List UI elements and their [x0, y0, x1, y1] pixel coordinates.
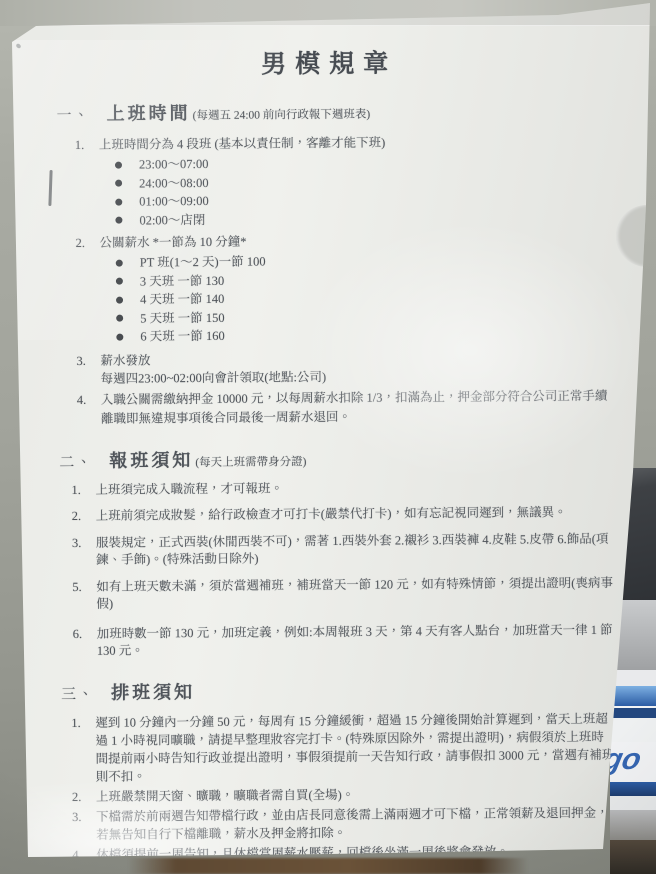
item-text: 加班時數一節 130 元，加班定義，例如:本周報班 3 天，第 4 天有客人點台…: [97, 621, 615, 660]
item-number: 3.: [76, 351, 100, 369]
document-sheet: 男模規章 一、 上班時間 (每週五 24:00 前向行政報下週班表) 1. 上班…: [0, 0, 656, 874]
list-item: 1. 遲到 10 分鐘內一分鐘 50 元，每周有 15 分鐘緩衝，超過 15 分…: [53, 709, 616, 785]
bottle-body: [610, 796, 656, 810]
item-number: 1.: [71, 481, 95, 499]
item-text: 遲到 10 分鐘內一分鐘 50 元，每周有 15 分鐘緩衝，超過 15 分鐘後開…: [95, 709, 616, 785]
bottle-base: [610, 810, 656, 840]
bottle-navy-stripe: [610, 782, 656, 796]
item-number: 4.: [77, 390, 101, 429]
section-heading-row: 三、 排班須知: [53, 674, 615, 704]
list-item: 1. 上班須完成入職流程，才可報班。: [51, 477, 613, 499]
item-text: 服裝規定，正式西裝(休閒西裝不可)，需著 1.西裝外套 2.襯衫 3.西裝褲 4…: [96, 530, 614, 569]
list-item: 2. 上班前須完成妝髮，給行政檢查才可打卡(嚴禁代打卡)，如有忘記視同遲到，無議…: [52, 504, 614, 526]
sleeve-reflection: [300, 220, 640, 480]
section-note: (每天上班需帶身分證): [195, 453, 306, 470]
sleeve-reflection: [10, 780, 290, 860]
item-text: 上班前須完成妝髮，給行政檢查才可打卡(嚴禁代打卡)，如有忘記視同遲到，無議異。: [96, 504, 614, 526]
item-number: 5.: [72, 578, 96, 613]
bottle-body: [610, 718, 656, 742]
bottle-label: go: [610, 742, 654, 778]
bottle-navy-stripe: [610, 706, 656, 718]
item-text: 如有上班天數未滿，須於當週補班，補班當天一節 120 元，如有特殊情節，須提出證…: [96, 574, 614, 613]
photo-scene: go 男模規章 一、 上班時間 (每週五 24:00 前向行政報下週班表) 1.: [0, 0, 656, 874]
list-item: 6. 加班時數一節 130 元，加班定義，例如:本周報班 3 天，第 4 天有客…: [53, 621, 615, 660]
item-number: 2.: [72, 508, 96, 526]
bottle-blue-stripe: [610, 686, 656, 706]
section-number: 三、: [61, 682, 95, 703]
item-list: 1. 上班須完成入職流程，才可報班。 2. 上班前須完成妝髮，給行政檢查才可打卡…: [51, 477, 614, 660]
bottle-label-area: go: [610, 742, 656, 782]
list-item: 5. 如有上班天數未滿，須於當週補班，補班當天一節 120 元，如有特殊情節，須…: [52, 574, 614, 613]
section-title: 報班須知: [109, 446, 193, 473]
item-number: 3.: [72, 534, 96, 569]
item-number: 1.: [71, 713, 96, 785]
section-number: 二、: [59, 450, 93, 471]
section-title: 排班須知: [111, 678, 195, 705]
wood-table-strip: [128, 858, 528, 874]
item-text: 上班須完成入職流程，才可報班。: [95, 477, 613, 499]
dark-object-bottom: [610, 840, 656, 874]
list-item: 3. 服裝規定，正式西裝(休閒西裝不可)，需著 1.西裝外套 2.襯衫 3.西裝…: [52, 530, 614, 569]
item-number: 6.: [73, 625, 97, 660]
